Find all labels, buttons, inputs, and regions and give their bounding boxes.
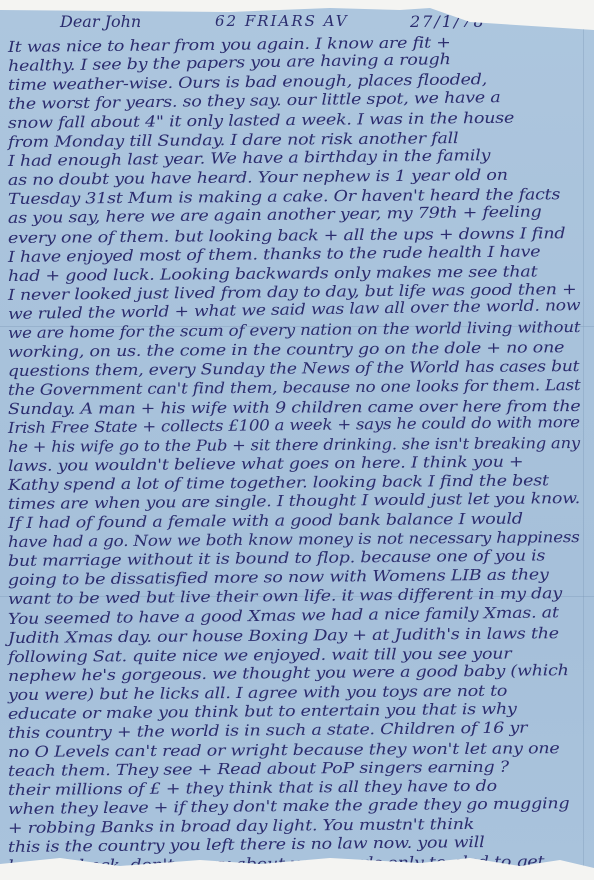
letter-header: Dear John 62 FRIARS AV 27/1/78 (0, 12, 594, 36)
sender-address: 62 FRIARS AV (215, 12, 349, 30)
letter-date: 27/1/78 (410, 12, 486, 31)
fold-crease (583, 8, 584, 868)
greeting: Dear John (60, 12, 141, 31)
handwritten-line: have a shock. don't worry about your car… (8, 852, 544, 875)
aerogramme-letter: Dear John 62 FRIARS AV 27/1/78 It was ni… (0, 8, 594, 868)
handwritten-line: the Government can't find them, because … (8, 376, 581, 399)
handwritten-line: Judith Xmas day. our house Boxing Day + … (8, 624, 559, 647)
